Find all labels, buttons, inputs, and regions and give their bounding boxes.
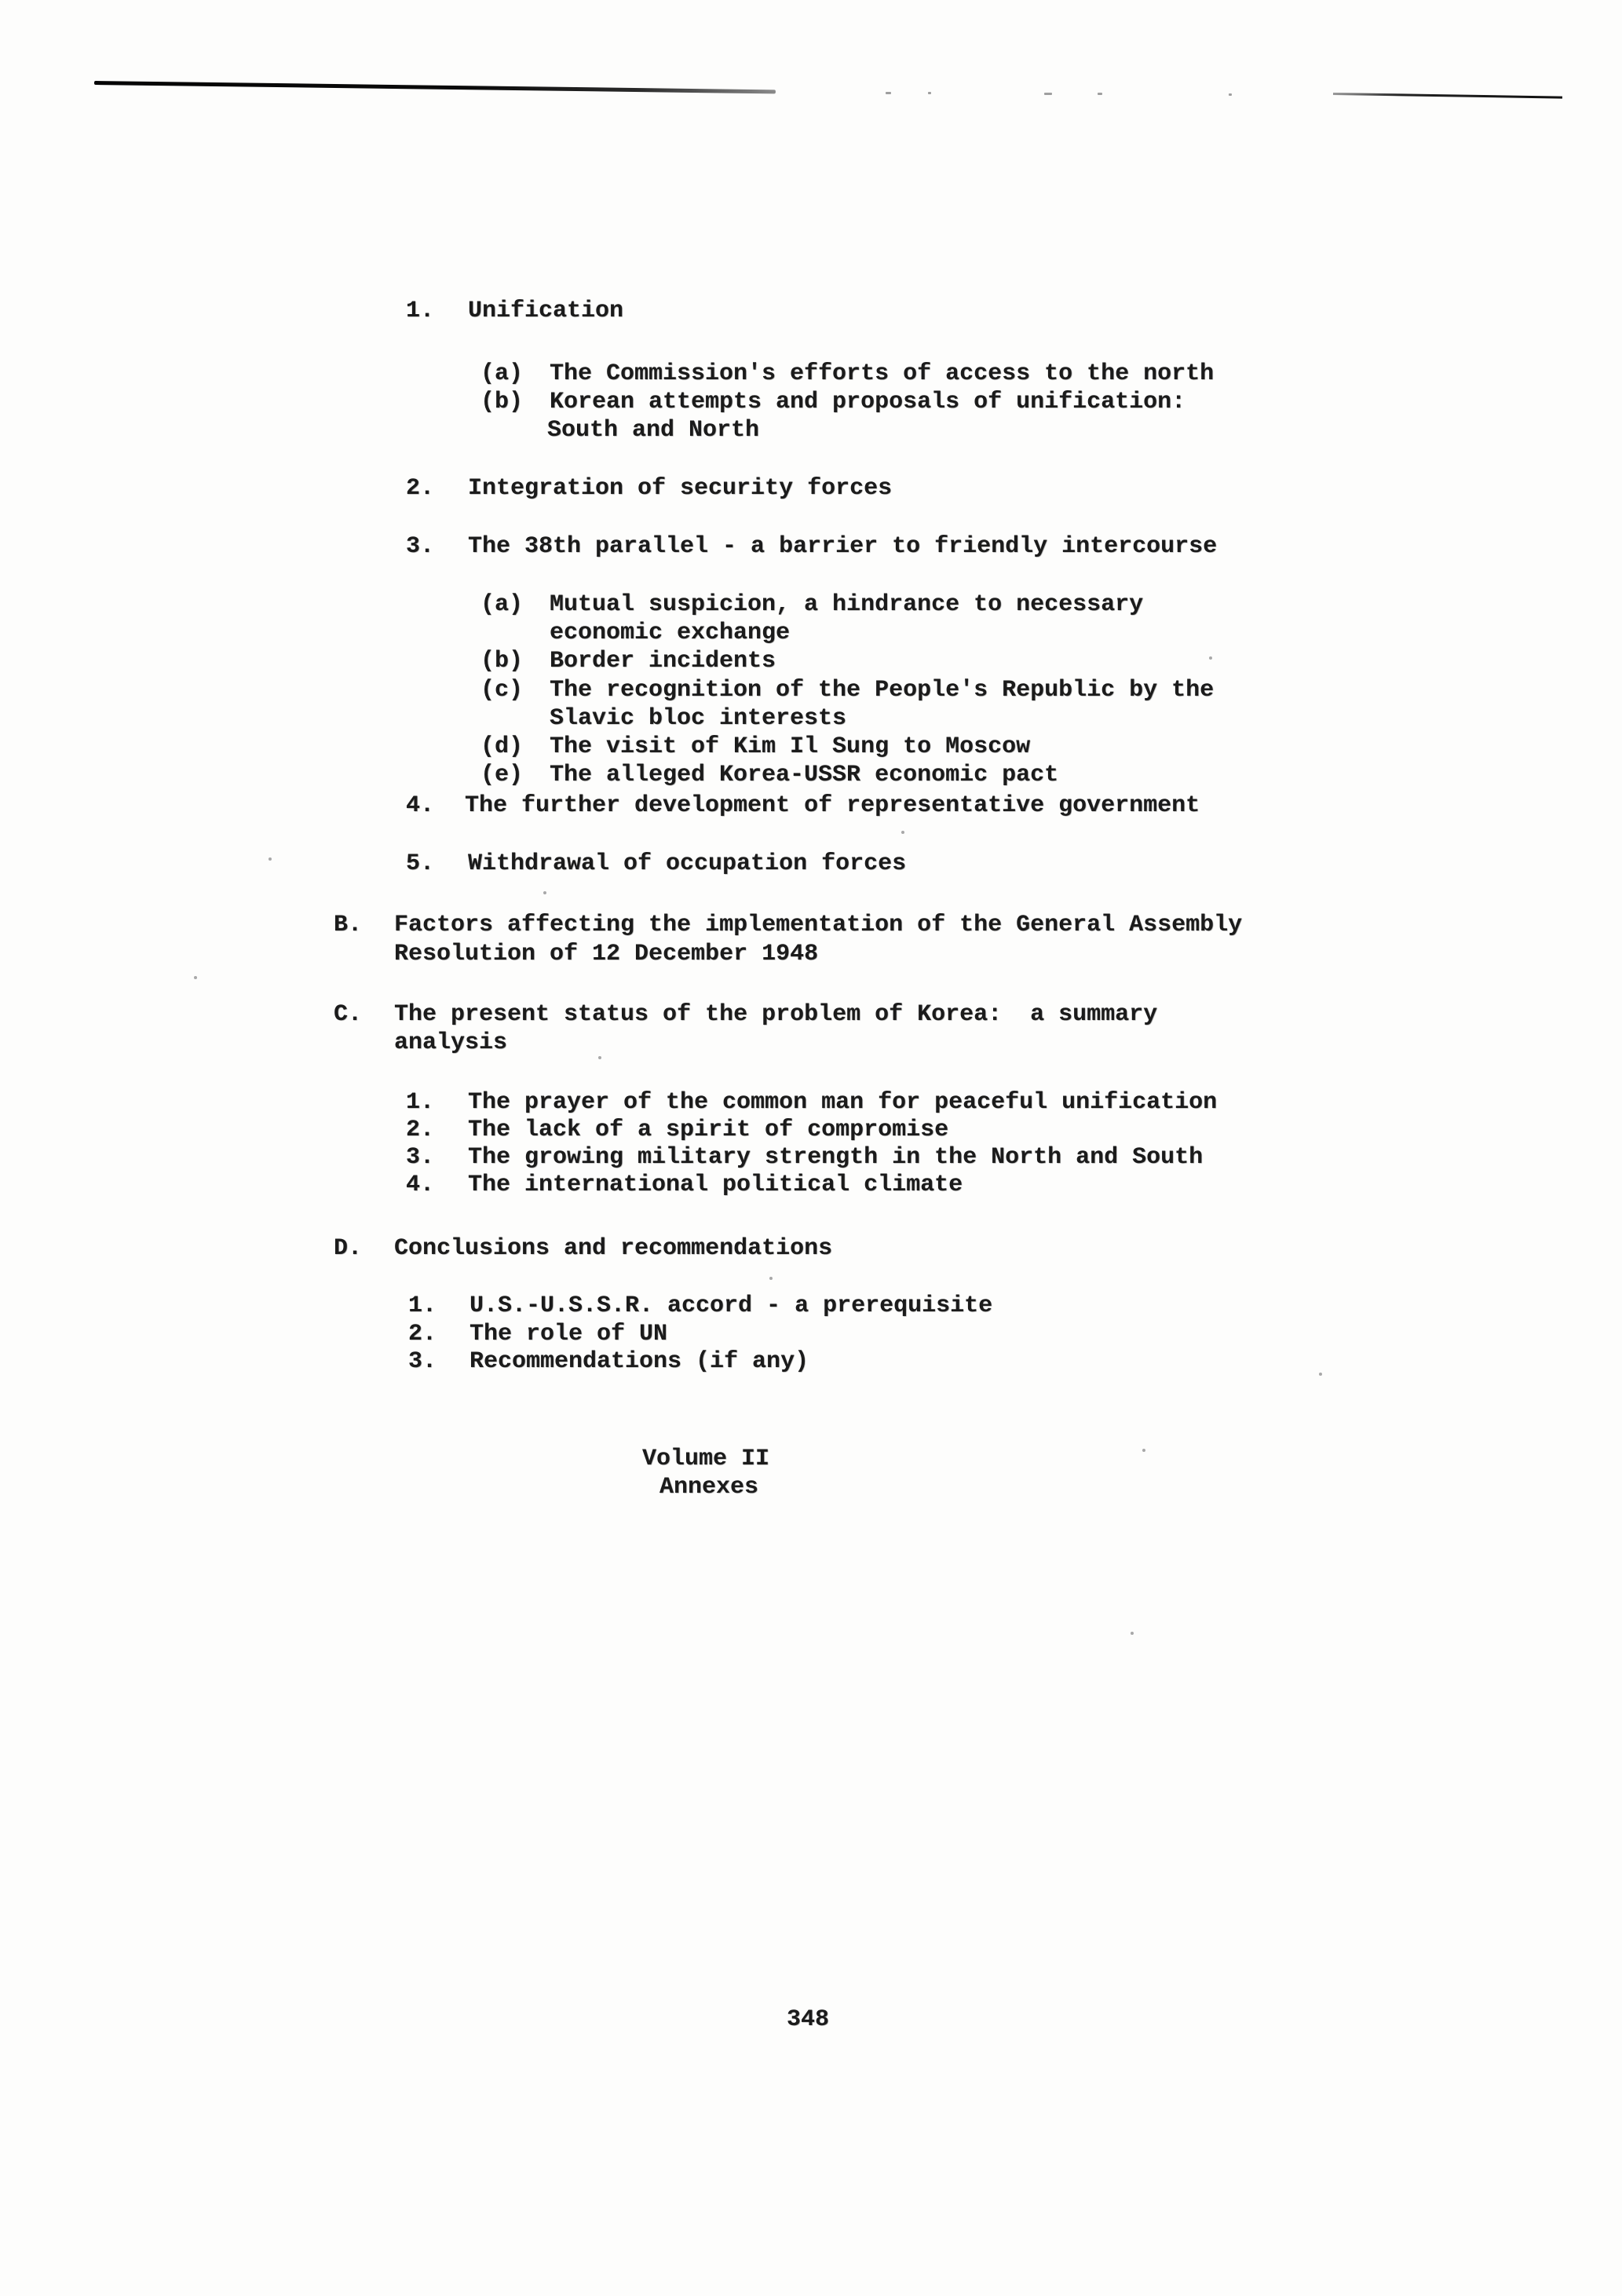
sub-item-text: South and North xyxy=(547,416,759,444)
outline-item-number: 1. xyxy=(406,1088,434,1117)
outline-item-number: 4. xyxy=(406,1171,434,1199)
scan-speckle xyxy=(1209,656,1212,660)
top-rule-left xyxy=(94,81,776,93)
sub-item-label: (a) xyxy=(480,360,523,388)
annexes-label: Annexes xyxy=(659,1473,758,1501)
outline-item-number: 3. xyxy=(406,532,434,561)
section-text: The present status of the problem of Kor… xyxy=(394,1000,1157,1029)
sub-item-label: (b) xyxy=(480,388,523,416)
section-text: Resolution of 12 December 1948 xyxy=(394,940,818,968)
section-text: analysis xyxy=(394,1029,507,1057)
outline-item-number: 1. xyxy=(408,1292,437,1320)
top-rule-dash xyxy=(1229,93,1232,96)
outline-item-text: The further development of representativ… xyxy=(465,792,1200,820)
outline-item-number: 3. xyxy=(406,1143,434,1172)
section-letter: B. xyxy=(334,911,362,939)
section-letter: C. xyxy=(334,1000,362,1029)
outline-item-number: 2. xyxy=(408,1320,437,1348)
section-letter: D. xyxy=(334,1234,362,1263)
outline-item-text: Recommendations (if any) xyxy=(469,1347,809,1376)
sub-item-text: The Commission's efforts of access to th… xyxy=(550,360,1214,388)
top-rule-dash xyxy=(928,92,931,94)
outline-item-number: 3. xyxy=(408,1347,437,1376)
sub-item-text: The alleged Korea-USSR economic pact xyxy=(550,761,1058,789)
scan-speckle xyxy=(194,976,197,979)
outline-item-number: 2. xyxy=(406,474,434,503)
sub-item-label: (e) xyxy=(480,761,523,789)
outline-item-text: U.S.-U.S.S.R. accord - a prerequisite xyxy=(469,1292,992,1320)
scan-speckle xyxy=(769,1277,773,1280)
scanned-document-page: 1. Unification (a) The Commission's effo… xyxy=(0,0,1622,2296)
scan-speckle xyxy=(1319,1373,1322,1376)
outline-item-text: Withdrawal of occupation forces xyxy=(468,850,906,878)
outline-item-number: 2. xyxy=(406,1116,434,1144)
scan-speckle xyxy=(598,1056,601,1059)
outline-item-text: The international political climate xyxy=(468,1171,963,1199)
outline-item-number: 4. xyxy=(406,792,434,820)
sub-item-text: Mutual suspicion, a hindrance to necessa… xyxy=(550,590,1143,619)
sub-item-label: (c) xyxy=(480,676,523,704)
top-rule-dash xyxy=(1098,93,1102,95)
section-text: Conclusions and recommendations xyxy=(394,1234,832,1263)
section-text: Factors affecting the implementation of … xyxy=(394,911,1242,939)
outline-item-number: 1. xyxy=(406,297,434,325)
scan-speckle xyxy=(543,891,546,894)
outline-item-text: The prayer of the common man for peacefu… xyxy=(468,1088,1217,1117)
sub-item-text: The recognition of the People's Republic… xyxy=(550,676,1214,704)
top-rule-dash xyxy=(1044,93,1052,95)
scan-speckle xyxy=(901,831,904,834)
scan-speckle xyxy=(1142,1449,1145,1452)
sub-item-label: (b) xyxy=(480,647,523,675)
outline-item-text: Unification xyxy=(468,297,623,325)
page-number: 348 xyxy=(787,2005,829,2034)
top-rule-right xyxy=(1333,93,1562,99)
sub-item-label: (a) xyxy=(480,590,523,619)
outline-item-text: The lack of a spirit of compromise xyxy=(468,1116,948,1144)
outline-item-text: Integration of security forces xyxy=(468,474,892,503)
outline-item-text: The 38th parallel - a barrier to friendl… xyxy=(468,532,1217,561)
outline-item-number: 5. xyxy=(406,850,434,878)
scan-speckle xyxy=(1131,1632,1134,1635)
outline-item-text: The growing military strength in the Nor… xyxy=(468,1143,1203,1172)
sub-item-text: economic exchange xyxy=(550,619,790,647)
sub-item-text: The visit of Kim Il Sung to Moscow xyxy=(550,733,1030,761)
sub-item-text: Border incidents xyxy=(550,647,776,675)
sub-item-text: Slavic bloc interests xyxy=(550,704,846,733)
top-rule-dash xyxy=(886,92,891,94)
sub-item-label: (d) xyxy=(480,733,523,761)
scan-speckle xyxy=(269,857,272,861)
sub-item-text: Korean attempts and proposals of unifica… xyxy=(550,388,1185,416)
outline-item-text: The role of UN xyxy=(469,1320,667,1348)
volume-label: Volume II xyxy=(642,1445,769,1473)
